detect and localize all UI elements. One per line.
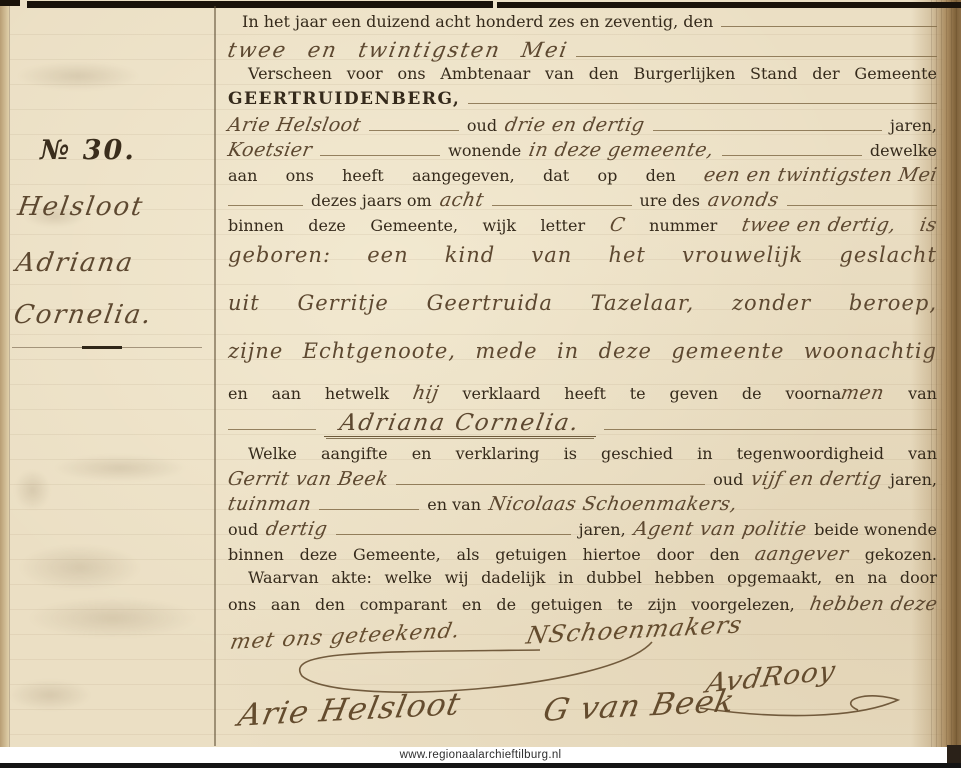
print-text: ons aan den comparant [228, 595, 447, 614]
print-text: voorna [785, 384, 841, 403]
witness2-age: dertig [264, 518, 329, 540]
top-bar-right [497, 2, 961, 8]
handwriting: hebben deze [808, 593, 939, 615]
blank-line [604, 428, 937, 430]
witness1-age: vijf en dertig [749, 468, 884, 490]
witness2-name: Nicolaas Schoenmakers, [487, 493, 739, 515]
watermark-url: www.regionaalarchieftilburg.nl [400, 749, 562, 761]
bleed-mark [15, 470, 50, 510]
act-line-12: zijne Echtgenoote, mede in deze gemeente… [228, 339, 937, 364]
act-line-11: uit Gerritje Geertruida Tazelaar, zonder… [228, 291, 937, 316]
act-line-16: Gerrit van Beek oud vijf en dertig jaren… [228, 468, 937, 493]
bleed-mark [10, 680, 90, 710]
witness1-occupation: tuinman [226, 493, 313, 515]
blank-line [722, 154, 862, 156]
act-line-8: dezes jaars om acht ure des avonds [228, 189, 937, 214]
loop-flourish [300, 642, 652, 692]
print-text: en van [427, 495, 481, 514]
print-text: gekozen. [865, 545, 937, 564]
margin-act-number: № 30. [40, 135, 136, 166]
print-text: nummer [649, 216, 717, 235]
print-text: wonende [448, 141, 521, 160]
blank-line [576, 55, 937, 57]
margin-child-firstname: Adriana [14, 248, 137, 278]
margin-child-surname: Helsloot [16, 192, 147, 222]
blank-line [492, 204, 632, 206]
act-line-3: Verscheen voor ons Ambtenaar van den Bur… [228, 64, 937, 89]
top-bar-left [27, 1, 493, 8]
father-age: drie en dertig [503, 114, 646, 136]
house-letter: C [608, 214, 627, 236]
print-text: jaren, [890, 116, 937, 135]
handwriting: hij [411, 382, 441, 404]
page-edge-left-line [9, 0, 10, 768]
print-text: oud [467, 116, 497, 135]
signature-van-beek: G van Beek [540, 683, 738, 729]
blank-line [320, 154, 440, 156]
page-edge-left [0, 0, 9, 768]
blank-line [653, 129, 882, 131]
blank-line [228, 204, 303, 206]
print-text: dezes jaars om [311, 191, 432, 210]
birth-record-scan: № 30. Helsloot Adriana Cornelia. In het … [0, 0, 961, 768]
print-text: In het jaar een duizend acht honderd zes… [242, 12, 713, 31]
margin-child-middlename: Cornelia. [12, 300, 155, 330]
handwriting: in deze gemeente, [527, 139, 716, 161]
act-line-6: Koetsier wonende in deze gemeente, dewel… [228, 139, 937, 164]
watermark-strip: www.regionaalarchieftilburg.nl [0, 747, 961, 763]
print-text: verklaard heeft te geven de [462, 384, 761, 403]
father-name: Arie Helsloot [226, 114, 363, 136]
blank-line [369, 129, 459, 131]
act-line-17: tuinman en van Nicolaas Schoenmakers, [228, 493, 937, 518]
top-bar-left-stub [0, 0, 20, 6]
birth-hour: acht [438, 189, 486, 211]
blank-line [396, 483, 705, 485]
blank-line [336, 533, 571, 535]
witness2-occupation: Agent van politie [632, 518, 808, 540]
handwriting: twee en twintigsten Mei [226, 38, 571, 62]
act-line-15: Welke aangifte en verklaring is geschied… [228, 444, 937, 469]
house-number: twee en dertig, [740, 214, 898, 236]
blank-line [319, 508, 419, 510]
bleed-mark [30, 598, 195, 638]
birth-daypart: avonds [706, 189, 781, 211]
print-text: aan ons heeft aangegeven, dat op den [228, 166, 676, 185]
act-line-2: twee en twintigsten Mei [228, 38, 937, 63]
bottom-bar [0, 763, 961, 768]
handwriting: men [839, 382, 886, 404]
act-line-21: ons aan den comparant en de getuigen te … [228, 593, 937, 618]
blank-line [468, 102, 937, 104]
bleed-mark [55, 455, 185, 481]
print-text: ure des [640, 191, 700, 210]
bleed-mark [20, 545, 140, 590]
act-line-18: oud dertig jaren, Agent van politie beid… [228, 518, 937, 543]
print-text: oud [713, 470, 743, 489]
watermark-corner-block [947, 745, 961, 764]
act-line-9: binnen deze Gemeente, wijk letter C numm… [228, 214, 937, 239]
print-text: en aan hetwelk [228, 384, 389, 403]
act-line-4: GEERTRUIDENBERG, [228, 89, 937, 114]
act-line-7: aan ons heeft aangegeven, dat op den een… [228, 164, 937, 189]
act-line-1: In het jaar een duizend acht honderd zes… [228, 12, 937, 37]
bleed-mark [18, 62, 138, 90]
child-given-names: Adriana Cornelia. [324, 410, 596, 437]
birth-date: een en twintigsten Mei [702, 164, 939, 186]
margin-rule [214, 6, 216, 746]
blank-line [228, 428, 316, 430]
handwriting: aangever [754, 543, 851, 565]
handwriting: Adriana Cornelia. [338, 410, 582, 436]
act-line-19: binnen deze Gemeente, als getuigen hiert… [228, 543, 937, 568]
witness1-name: Gerrit van Beek [226, 468, 390, 490]
closing-handwriting: met ons geteekend. [228, 618, 462, 654]
father-occupation: Koetsier [226, 139, 314, 161]
print-text: oud [228, 520, 258, 539]
margin-underline [12, 347, 202, 348]
act-line-20: Waarvan akte: welke wij dadelijk in dubb… [228, 568, 937, 593]
print-text: dewelke [870, 141, 937, 160]
act-line-13: en aan hetwelk hij verklaard heeft te ge… [228, 382, 937, 407]
act-line-10: geboren: een kind van het vrouwelijk ges… [228, 243, 937, 268]
print-text: jaren, [890, 470, 937, 489]
blank-line [721, 25, 937, 27]
print-text: van [908, 384, 937, 403]
signature-declarant: Arie Helsloot [235, 686, 464, 733]
print-text: binnen deze Gemeente, wijk letter [228, 216, 585, 235]
municipality-name: GEERTRUIDENBERG, [228, 89, 460, 109]
act-line-5: Arie Helsloot oud drie en dertig jaren, [228, 114, 937, 139]
print-text: binnen deze Gemeente, als getuigen hiert… [228, 545, 740, 564]
print-text: jaren, [579, 520, 626, 539]
act-line-14: Adriana Cornelia. [228, 410, 937, 442]
handwriting: is [918, 214, 939, 236]
blank-line [787, 204, 937, 206]
print-text: beide wonende [814, 520, 937, 539]
